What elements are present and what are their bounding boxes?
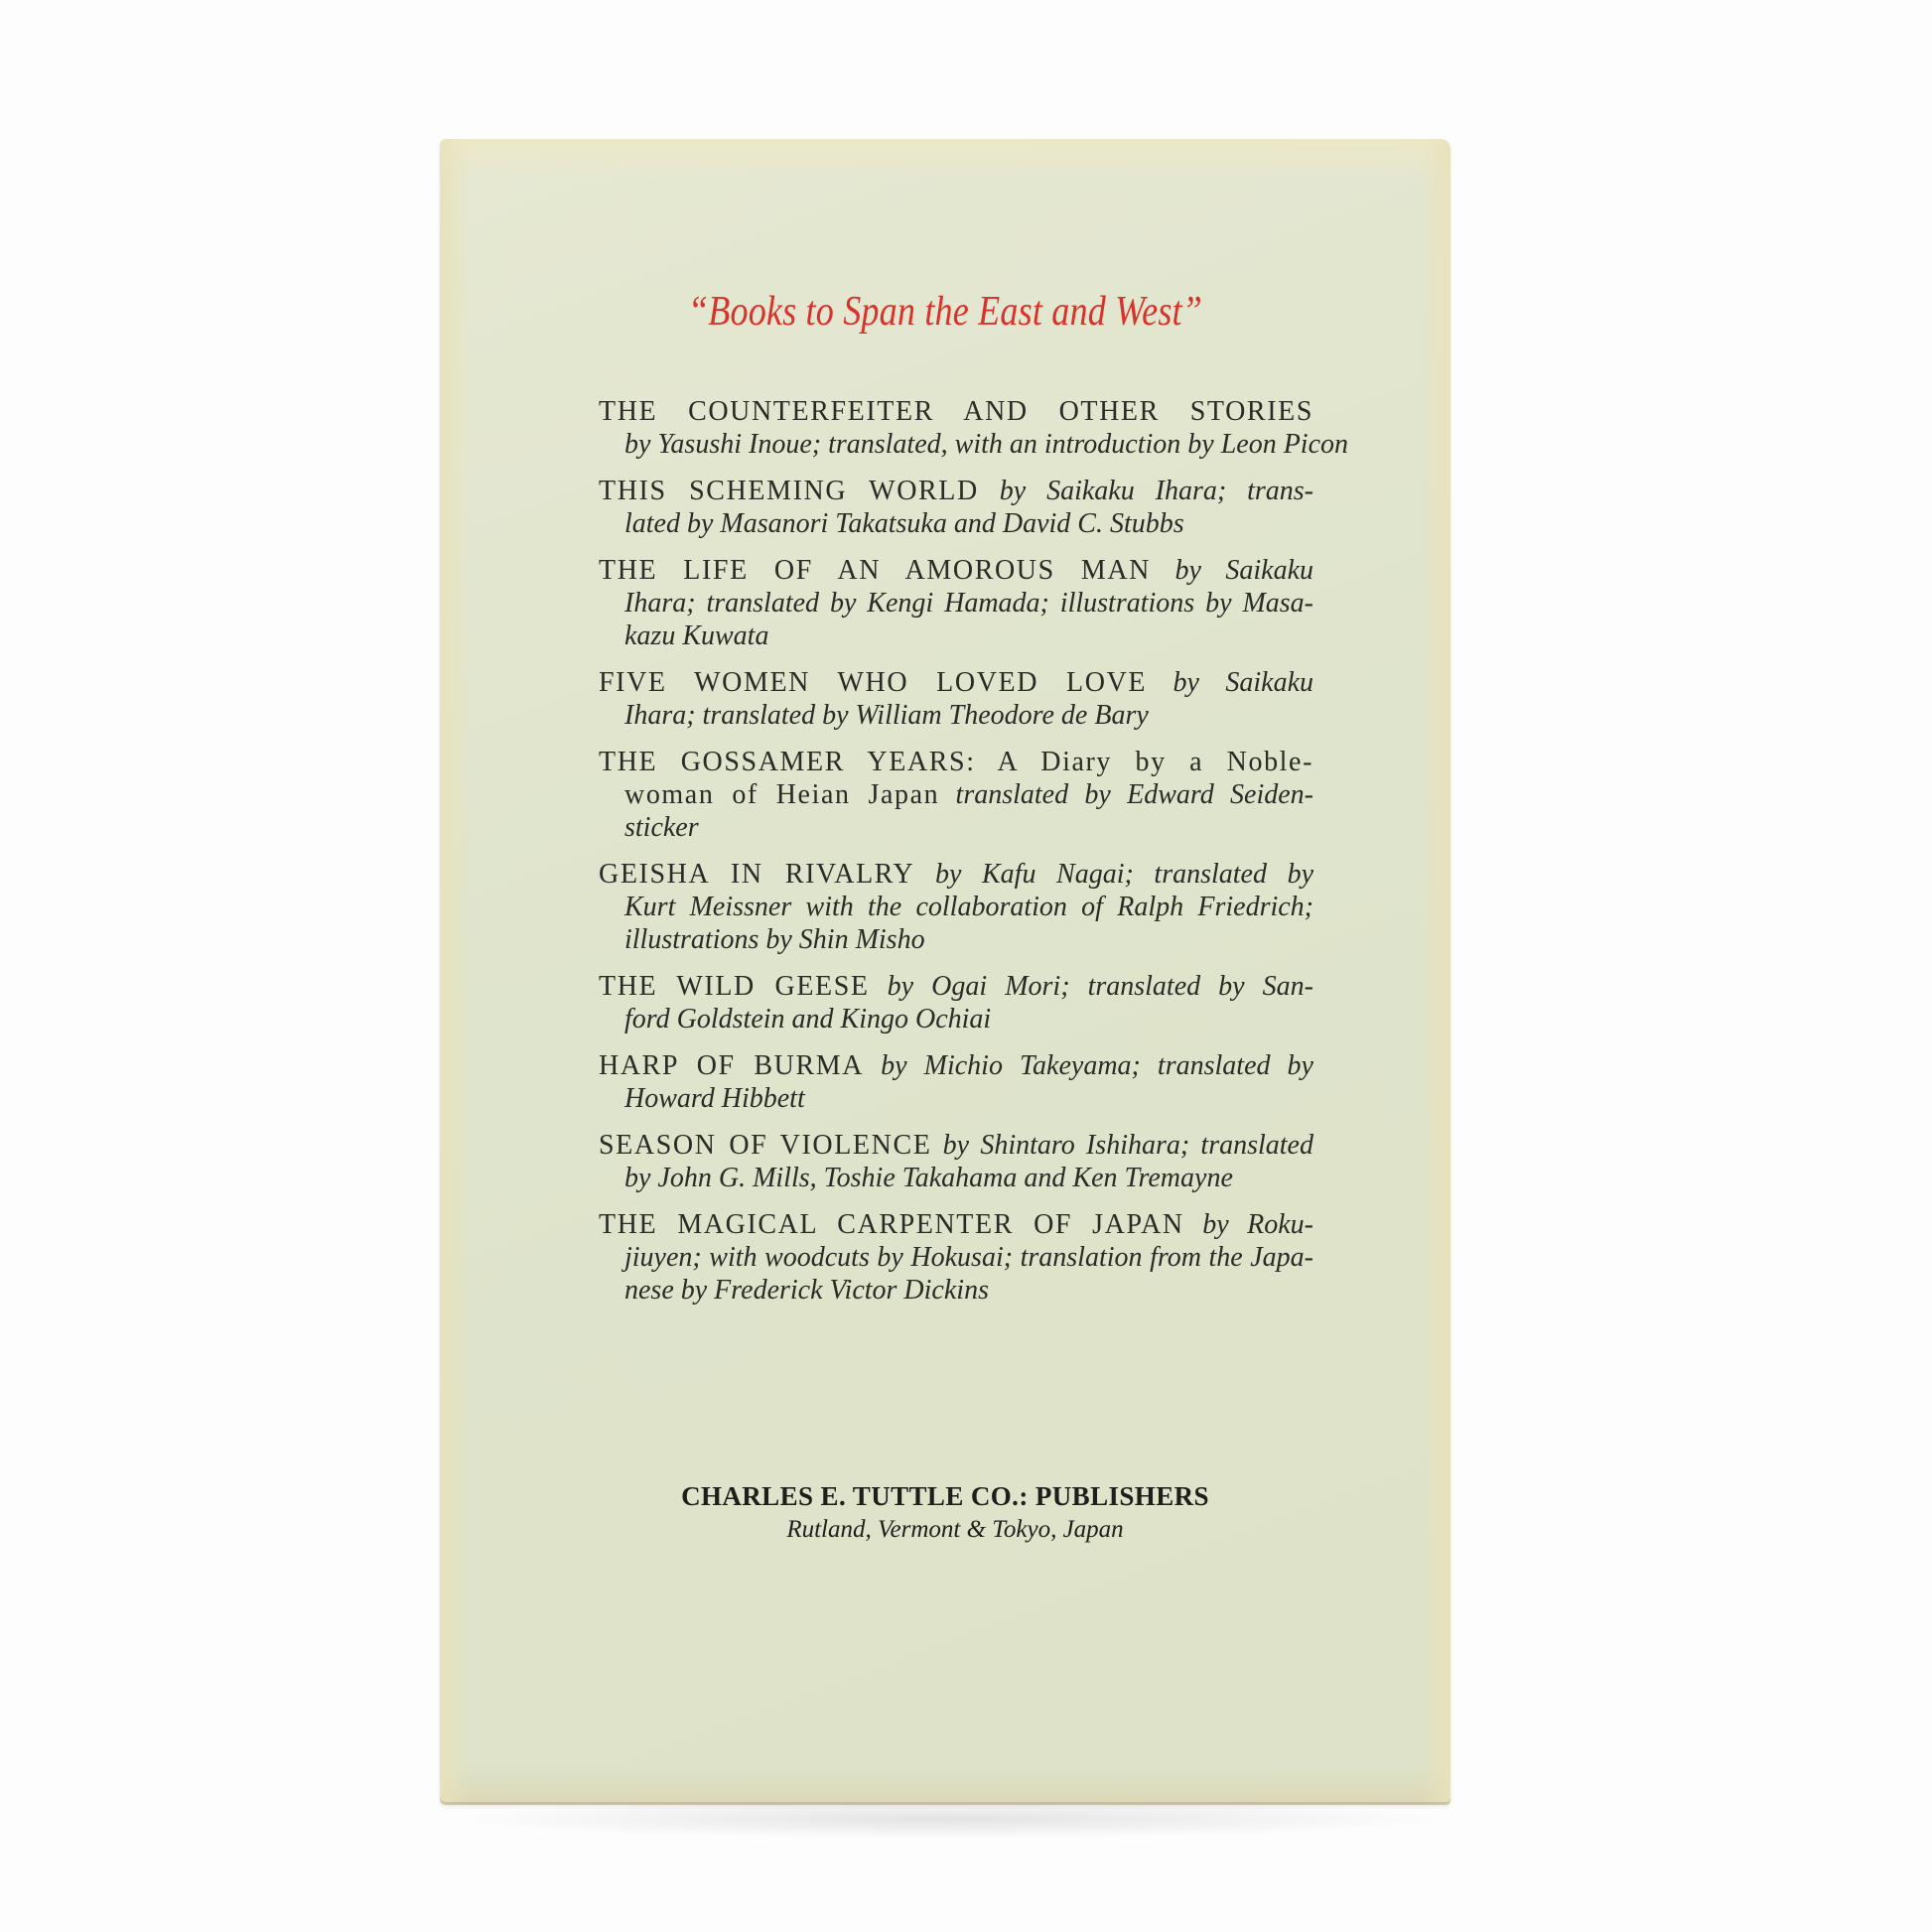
book-list: THE COUNTERFEITER AND OTHER STORIESby Ya… — [599, 395, 1313, 1320]
book-title: FIVE WOMEN WHO LOVED LOVE — [599, 667, 1147, 698]
book-entry: FIVE WOMEN WHO LOVED LOVE by SaikakuIhar… — [599, 666, 1313, 732]
book-entry: THE WILD GEESE by Ogai Mori; translated … — [599, 970, 1313, 1035]
book-credit-line: sticker — [599, 811, 1313, 844]
book-title-line: THIS SCHEMING WORLD by Saikaku Ihara; tr… — [599, 475, 1313, 507]
book-title-line: SEASON OF VIOLENCE by Shintaro Ishihara;… — [599, 1129, 1313, 1162]
book-credit-line: by John G. Mills, Toshie Takahama and Ke… — [599, 1162, 1313, 1194]
book-credit-line: ford Goldstein and Kingo Ochiai — [599, 1003, 1313, 1035]
book-title-line: FIVE WOMEN WHO LOVED LOVE by Saikaku — [599, 666, 1313, 699]
book-credit-line: Ihara; translated by Kengi Hamada; illus… — [599, 587, 1313, 620]
book-back-cover: “Books to Span the East and West” THE CO… — [440, 139, 1450, 1805]
book-entry: SEASON OF VIOLENCE by Shintaro Ishihara;… — [599, 1129, 1313, 1194]
book-credit: sticker — [624, 812, 699, 843]
book-credit: Howard Hibbett — [624, 1083, 805, 1114]
book-credit-line: Ihara; translated by William Theodore de… — [599, 699, 1313, 732]
tagline: “Books to Span the East and West” — [510, 288, 1379, 336]
book-title: THE LIFE OF AN AMOROUS MAN — [599, 555, 1151, 586]
book-credit: lated by Masanori Takatsuka and David C.… — [624, 508, 1184, 539]
book-credit: kazu Kuwata — [624, 621, 768, 651]
book-entry: THE GOSSAMER YEARS: A Diary by a Noble-w… — [599, 746, 1313, 844]
book-title: THE COUNTERFEITER AND OTHER STORIES — [599, 396, 1313, 427]
book-credit-line: kazu Kuwata — [599, 620, 1313, 652]
book-credit: by Yasushi Inoue; translated, with an in… — [624, 429, 1348, 460]
book-credit-line: illustrations by Shin Misho — [599, 923, 1313, 956]
book-title-line: THE WILD GEESE by Ogai Mori; translated … — [599, 970, 1313, 1003]
book-title-line: THE MAGICAL CARPENTER OF JAPAN by Roku- — [599, 1208, 1313, 1241]
book-credit-line: woman of Heian Japan translated by Edwar… — [599, 778, 1313, 811]
book-credit: jiuyen; with woodcuts by Hokusai; transl… — [624, 1242, 1313, 1273]
book-entry: THIS SCHEMING WORLD by Saikaku Ihara; tr… — [599, 475, 1313, 540]
book-title-line: GEISHA IN RIVALRY by Kafu Nagai; transla… — [599, 858, 1313, 891]
publisher-location: Rutland, Vermont & Tokyo, Japan — [440, 1516, 1450, 1544]
book-entry: THE LIFE OF AN AMOROUS MAN by SaikakuIha… — [599, 554, 1313, 652]
book-credit-line: lated by Masanori Takatsuka and David C.… — [599, 507, 1313, 540]
book-shadow — [447, 1799, 1449, 1839]
book-entry: HARP OF BURMA by Michio Takeyama; transl… — [599, 1049, 1313, 1115]
book-title-line: THE COUNTERFEITER AND OTHER STORIES — [599, 395, 1313, 428]
book-credit-line: jiuyen; with woodcuts by Hokusai; transl… — [599, 1241, 1313, 1274]
book-credit: by Ogai Mori; translated by San- — [870, 971, 1313, 1002]
book-credit: Ihara; translated by Kengi Hamada; illus… — [624, 588, 1313, 619]
book-credit: by Saikaku — [1147, 667, 1313, 698]
book-credit: by Saikaku Ihara; trans- — [979, 476, 1313, 506]
book-credit: translated by Edward Seiden- — [939, 779, 1313, 810]
book-credit: by Shintaro Ishihara; translated — [931, 1130, 1313, 1161]
book-credit: Ihara; translated by William Theodore de… — [624, 700, 1149, 731]
publisher-block: CHARLES E. TUTTLE CO.: PUBLISHERS Rutlan… — [440, 1481, 1450, 1544]
book-credit-line: nese by Frederick Victor Dickins — [599, 1274, 1313, 1307]
book-credit: by Roku- — [1184, 1209, 1313, 1240]
book-title: HARP OF BURMA — [599, 1050, 864, 1081]
book-entry: THE MAGICAL CARPENTER OF JAPAN by Roku-j… — [599, 1208, 1313, 1307]
book-credit: illustrations by Shin Misho — [624, 924, 925, 955]
book-title-line: HARP OF BURMA by Michio Takeyama; transl… — [599, 1049, 1313, 1082]
book-title: THE GOSSAMER YEARS: A Diary by a Noble- — [599, 747, 1313, 777]
book-credit: by Michio Takeyama; translated by — [864, 1050, 1313, 1081]
publisher-name: CHARLES E. TUTTLE CO.: PUBLISHERS — [440, 1481, 1450, 1512]
book-title-line: THE GOSSAMER YEARS: A Diary by a Noble- — [599, 746, 1313, 778]
book-entry: GEISHA IN RIVALRY by Kafu Nagai; transla… — [599, 858, 1313, 956]
book-credit: ford Goldstein and Kingo Ochiai — [624, 1004, 991, 1035]
book-credit-line: Kurt Meissner with the collaboration of … — [599, 891, 1313, 923]
book-credit: Kurt Meissner with the collaboration of … — [624, 892, 1313, 922]
book-title: SEASON OF VIOLENCE — [599, 1130, 931, 1161]
book-title-line: THE LIFE OF AN AMOROUS MAN by Saikaku — [599, 554, 1313, 587]
book-credit: by John G. Mills, Toshie Takahama and Ke… — [624, 1163, 1233, 1193]
book-credit: by Saikaku — [1151, 555, 1313, 586]
book-credit-line: by Yasushi Inoue; translated, with an in… — [599, 428, 1313, 461]
book-title: THE WILD GEESE — [599, 971, 870, 1002]
book-credit-line: Howard Hibbett — [599, 1082, 1313, 1115]
book-credit: by Kafu Nagai; translated by — [914, 859, 1313, 890]
book-title: THIS SCHEMING WORLD — [599, 476, 979, 506]
book-title: woman of Heian Japan — [624, 779, 939, 810]
book-credit: nese by Frederick Victor Dickins — [624, 1275, 989, 1306]
book-title: GEISHA IN RIVALRY — [599, 859, 914, 890]
book-title: THE MAGICAL CARPENTER OF JAPAN — [599, 1209, 1184, 1240]
book-entry: THE COUNTERFEITER AND OTHER STORIESby Ya… — [599, 395, 1313, 461]
